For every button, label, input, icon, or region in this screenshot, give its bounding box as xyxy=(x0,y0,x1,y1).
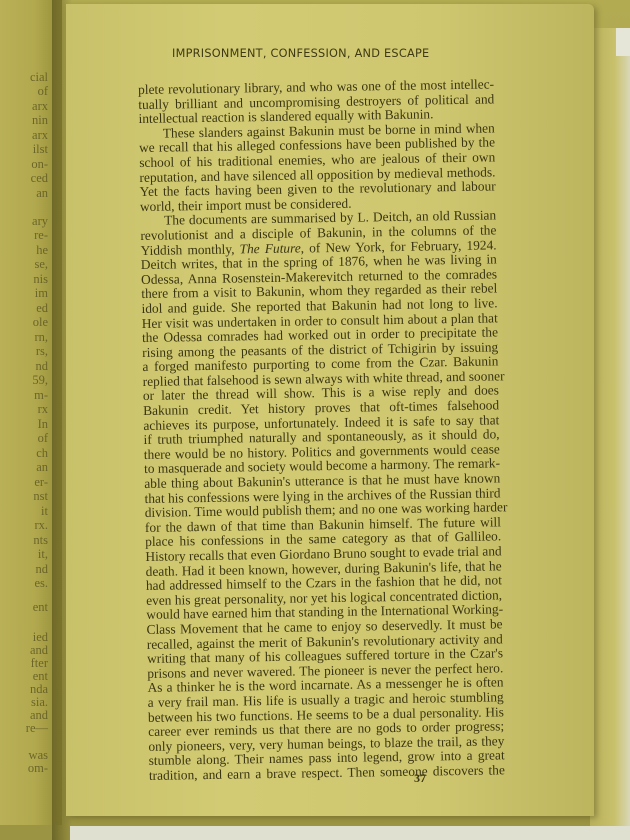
left-page-text-fragment: ced xyxy=(31,171,48,186)
left-page-text-fragment: ary xyxy=(32,214,48,229)
left-page-text-fragment: of xyxy=(38,84,48,99)
text-line: tradition, and earn a brave respect. The… xyxy=(149,763,505,783)
left-page-text-fragment: arx xyxy=(32,99,48,114)
left-page-text-fragment: 59, xyxy=(32,373,48,388)
left-page-text-fragment: it xyxy=(41,504,48,519)
left-page-text-fragment: nis xyxy=(33,272,48,287)
left-page-text-fragment: re— xyxy=(26,721,48,736)
page-number: 37 xyxy=(414,771,426,786)
left-page-text-fragment: an xyxy=(36,186,48,201)
background-strip xyxy=(70,826,630,840)
left-page-text-fragment: ch xyxy=(36,446,48,461)
book-photo: cialofarxninarxilston-cedanaryre-hese,ni… xyxy=(0,0,630,840)
left-page-text-fragment: cial xyxy=(30,70,48,85)
left-page-text-fragment: ed xyxy=(36,301,48,316)
left-page-text-fragment: om- xyxy=(28,761,48,776)
left-page-text-fragment: of xyxy=(38,431,48,446)
body-text: plete revolutionary library, and who was… xyxy=(138,77,505,783)
left-page-text-fragment: es. xyxy=(34,576,48,591)
running-head: IMPRISONMENT, CONFESSION, AND ESCAPE xyxy=(172,47,429,60)
left-page-text-fragment: nst xyxy=(33,489,48,504)
left-page-text-fragment: rx xyxy=(38,402,48,417)
left-page-text-fragment: er- xyxy=(34,475,48,490)
left-page-text-fragment: rx. xyxy=(34,518,48,533)
left-page-text-fragment: nd xyxy=(36,562,49,577)
left-page-text-fragment: In xyxy=(38,417,48,432)
left-page-text-fragment: nd xyxy=(36,359,49,374)
underlying-pages-edge xyxy=(590,28,630,828)
left-page-text-fragment: he xyxy=(36,243,48,258)
left-page-text-fragment: m- xyxy=(34,388,48,403)
left-page-text-fragment: it, xyxy=(38,547,48,562)
left-page-text-fragment: nin xyxy=(32,113,48,128)
left-page-text-fragment: arx xyxy=(32,128,48,143)
left-page-text-fragment: rn, xyxy=(34,330,48,345)
left-page-text-fragment: se, xyxy=(34,257,48,272)
left-page-text-fragment: ole xyxy=(33,315,48,330)
left-page-text-fragment: an xyxy=(36,460,48,475)
left-page-text-fragment: re- xyxy=(34,228,48,243)
left-page-text-fragment: ent xyxy=(33,600,48,615)
left-page-text-fragment: rs, xyxy=(36,344,48,359)
left-page-text-fragment: im xyxy=(35,286,48,301)
main-page: IMPRISONMENT, CONFESSION, AND ESCAPE ple… xyxy=(66,4,594,816)
left-page-text-fragment: ilst xyxy=(33,142,48,157)
left-page-text-fragment: on- xyxy=(31,157,48,172)
background-corner xyxy=(616,28,630,56)
left-page-text-fragment: nts xyxy=(33,533,48,548)
